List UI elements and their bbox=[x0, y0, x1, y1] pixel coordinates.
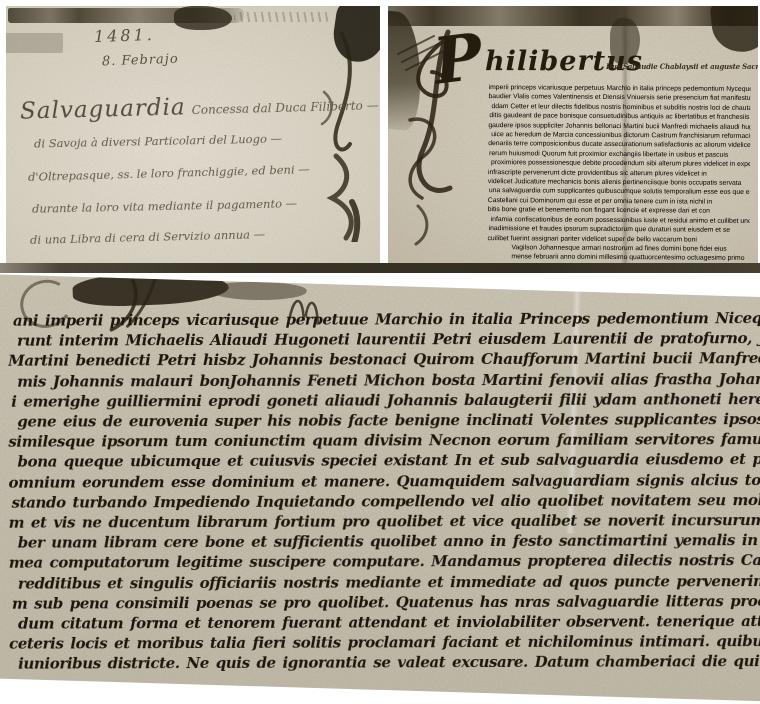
note-line: di Savoja à diversi Particolari del Luog… bbox=[34, 131, 282, 150]
charter-detail-line: Martini benedicti Petri hisbz Johannis b… bbox=[8, 348, 760, 371]
charter-detail-line: stando turbando Impediendo Inquietando c… bbox=[12, 490, 760, 513]
note-line: d'Oltrepasque, ss. le loro franchiggie, … bbox=[28, 162, 310, 184]
charter-detail-line: m et vis ne ducentum librarum fortium pr… bbox=[9, 510, 760, 533]
charter-detail-line: ani imperii princeps vicariusque perpetu… bbox=[13, 308, 760, 331]
charter-text-line: mense februarii anno domini millesimo qu… bbox=[511, 253, 749, 264]
scan-divider-bar bbox=[0, 263, 760, 273]
corner-ink-blot bbox=[709, 6, 758, 55]
charter-detail-line: redditibus et singulis officiariis nostr… bbox=[18, 571, 760, 594]
charter-detail-line: mea computatorum legitime suscipere comp… bbox=[9, 550, 760, 573]
note-line: di una Libra di cera di Servizio annua — bbox=[30, 227, 265, 247]
charter-detail-line: omnium eorundem esse dominium et manere.… bbox=[8, 470, 760, 493]
charter-detail-line: gene eius de eurovenia super his nobis f… bbox=[17, 409, 760, 432]
note-title-word: Salvaguardia bbox=[20, 94, 186, 124]
charter-detail-line: ber unam libram cere bone et sufficienti… bbox=[18, 530, 760, 553]
charter-detail-line: similesque ipsorum tum coniunctim quam d… bbox=[8, 429, 760, 452]
note-date: 8. Febrajo bbox=[102, 52, 179, 70]
charter-detail-line: runt interim Michaelis Aliaudi Hugoneti … bbox=[17, 328, 760, 351]
corner-ink-blot bbox=[330, 6, 380, 65]
charter-text-block: imperii princeps vicariusque perpetuus M… bbox=[487, 83, 750, 264]
charter-first-line-fragment: Dux Sabaudie Chablaysii et auguste Sacri… bbox=[606, 62, 758, 71]
note-title-line: SalvaguardiaConcessa dal Duca Filiberto … bbox=[20, 89, 379, 124]
charter-detail-line: m sub pena consimili poenas se pro quoli… bbox=[12, 591, 760, 614]
note-title-rest: Concessa dal Duca Filiberto — bbox=[191, 98, 378, 117]
note-year: 1481. bbox=[94, 25, 155, 46]
charter-detail-line: iunioribus districte. Ne quis de ignoran… bbox=[18, 652, 760, 675]
charter-detail-line: dum citatum forma et tenorem fuerant att… bbox=[18, 611, 760, 634]
top-ink-blot bbox=[72, 274, 229, 308]
decorated-initial-letter: P bbox=[430, 25, 486, 94]
top-ink-smudge bbox=[210, 281, 306, 302]
charter-detail-line: bona queque ubicumque et cuiusvis specie… bbox=[17, 449, 760, 472]
archival-note-page: 1481. 8. Febrajo SalvaguardiaConcessa da… bbox=[6, 6, 380, 264]
torn-edge-shadow bbox=[388, 10, 420, 132]
note-line: durante la loro vita mediante il pagamen… bbox=[32, 196, 297, 216]
charter-detail-line: ceteris locis et moribus talia fieri sol… bbox=[9, 631, 760, 654]
manuscript-scan: 1481. 8. Febrajo SalvaguardiaConcessa da… bbox=[0, 0, 760, 704]
faded-stamp-mark bbox=[6, 33, 63, 53]
charter-detail-line: mis Johannis malauri bonJohannis Feneti … bbox=[17, 369, 760, 392]
charter-detail-page: ani imperii princeps vicariusque perpetu… bbox=[0, 274, 760, 701]
ink-smudge-blob bbox=[174, 6, 232, 30]
charter-detail-line: i emerighe guilliermini eprodi goneti al… bbox=[11, 389, 760, 412]
charter-first-page: P hilibertus Dux Sabaudie Chablaysii et … bbox=[388, 6, 758, 264]
charter-detail-text-block: ani imperii princeps vicariusque perpetu… bbox=[8, 308, 760, 674]
faint-scribble-mark bbox=[234, 12, 330, 22]
